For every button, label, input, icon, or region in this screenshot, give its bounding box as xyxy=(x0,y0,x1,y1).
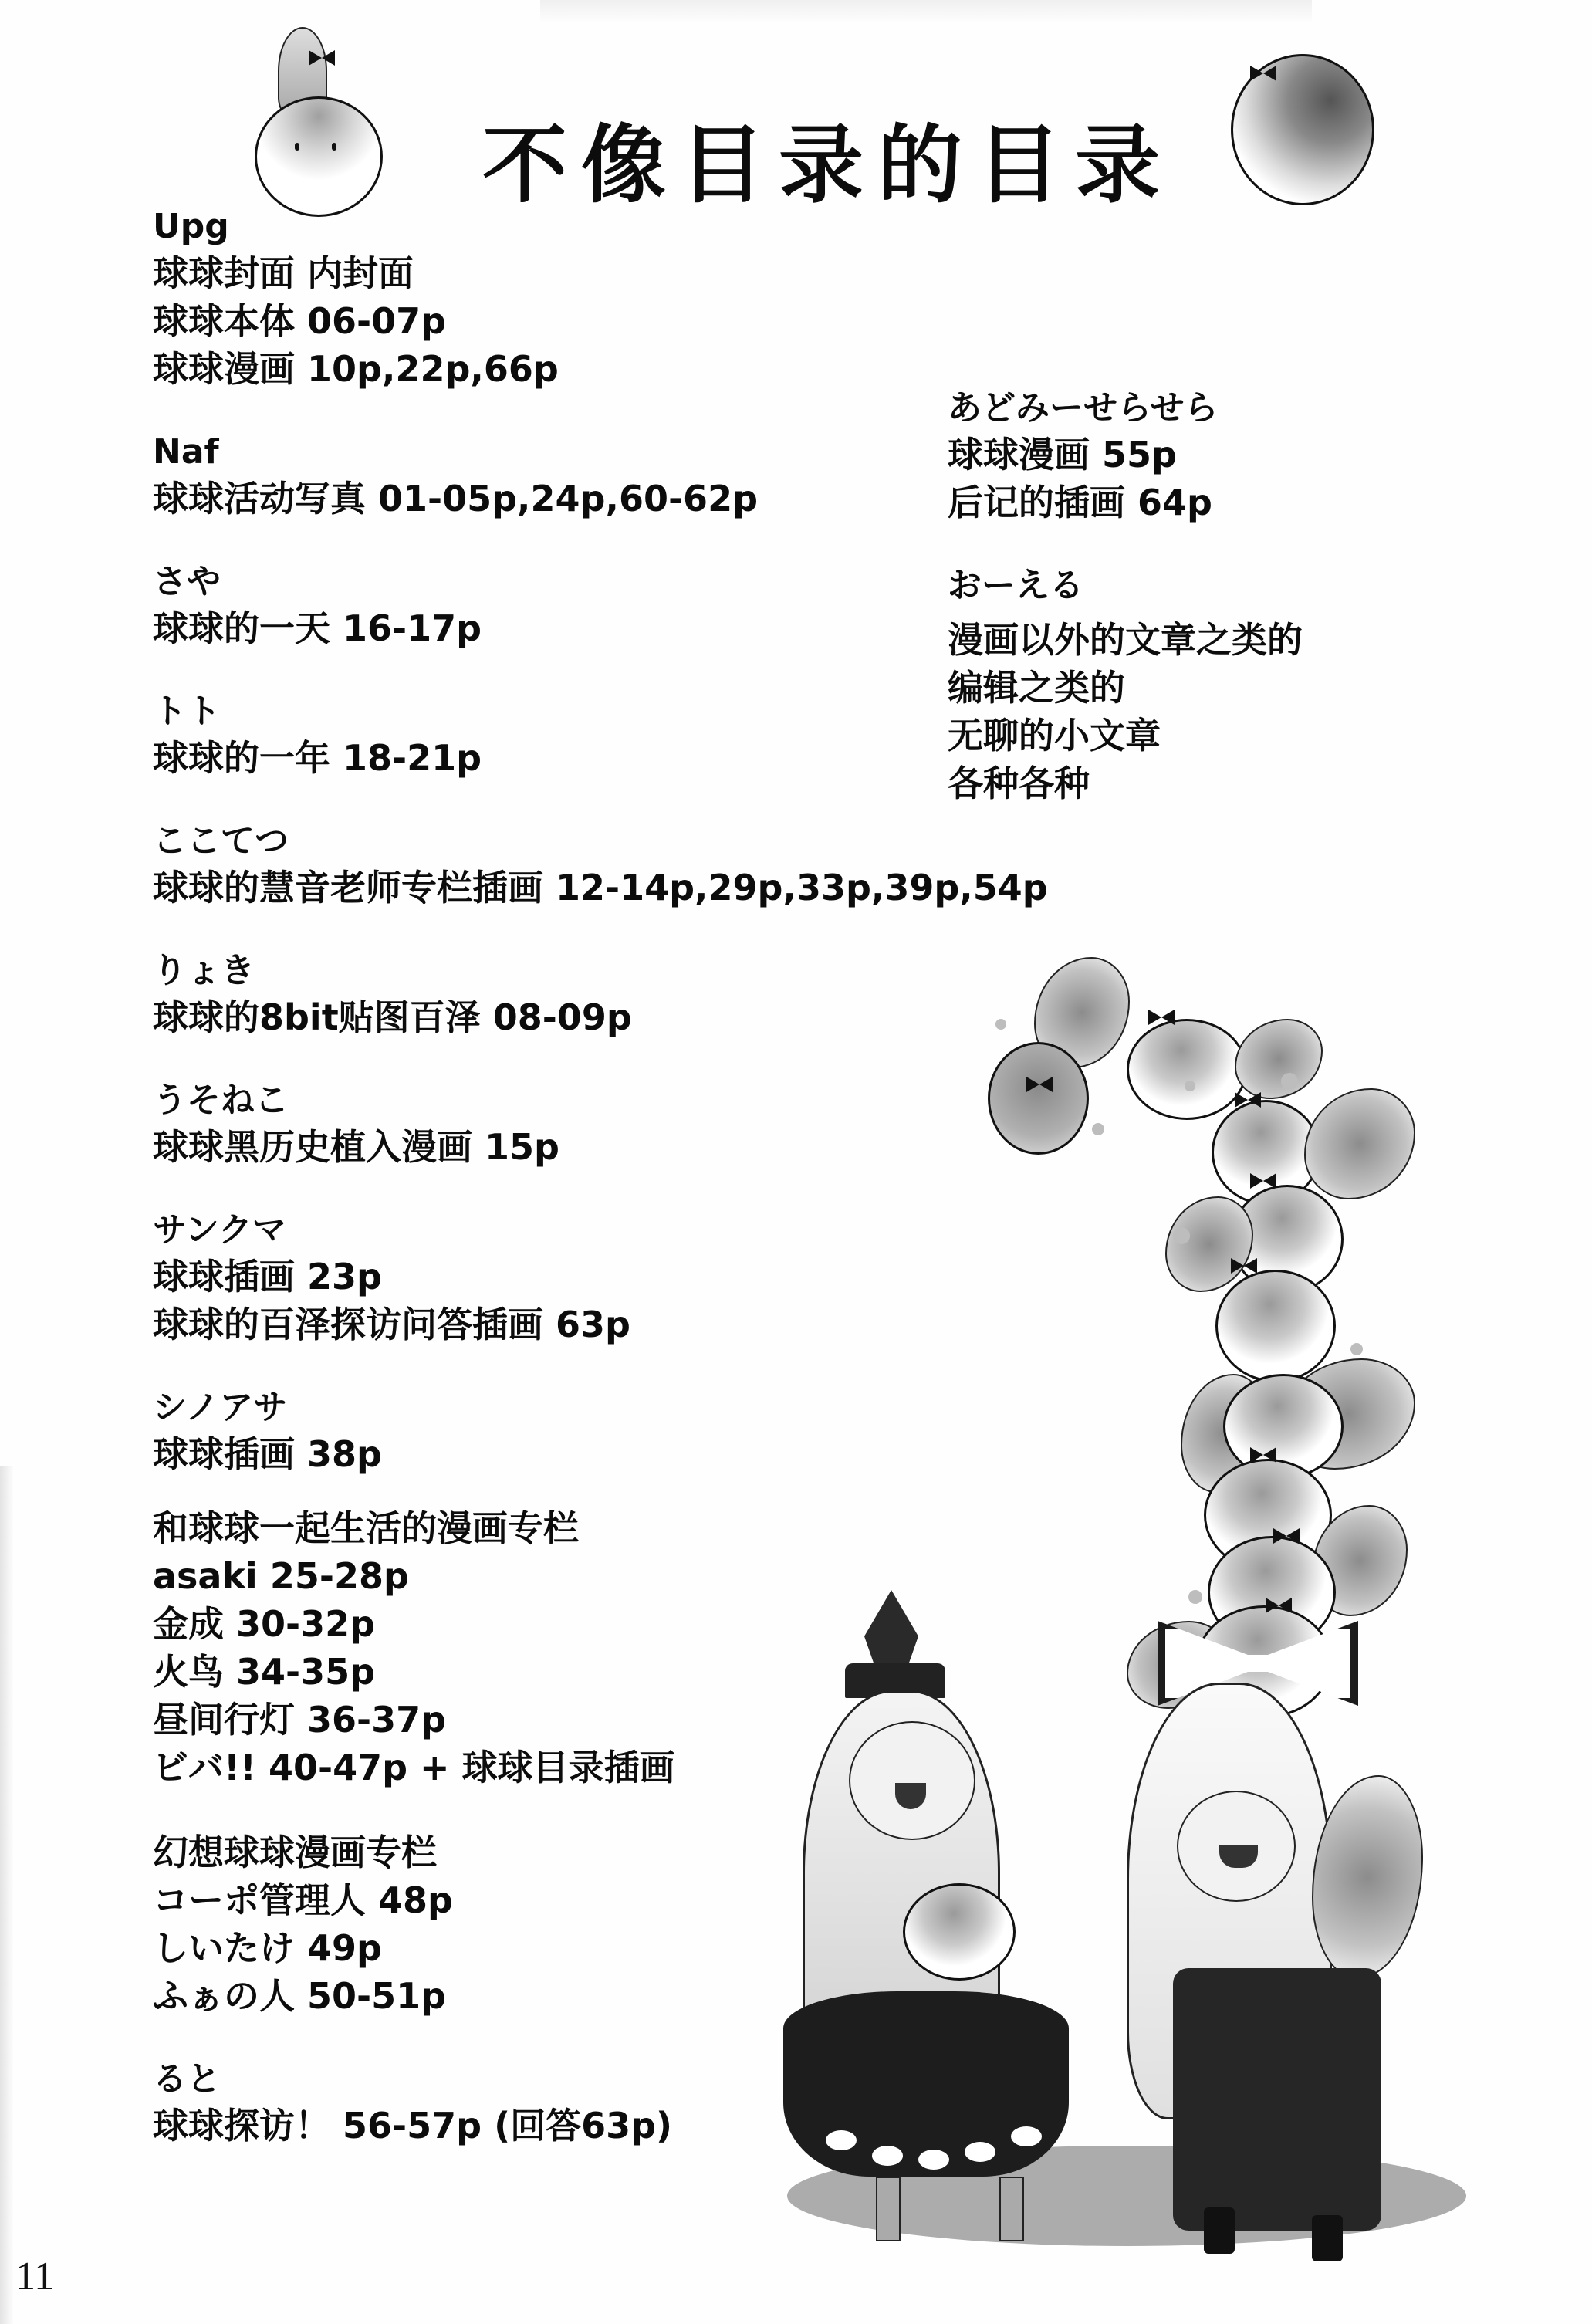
credit-item: 球球活动写真 01-05p,24p,60-62p xyxy=(153,475,1048,523)
credit-section: りょき 球球的8bit贴图百泽 08-09p xyxy=(153,949,1048,1041)
scan-shadow xyxy=(540,0,1312,23)
credit-item: 各种各种 xyxy=(948,759,1303,807)
credit-item: 球球黑历史植入漫画 15p xyxy=(153,1123,1048,1171)
author-name: うそねこ xyxy=(153,1078,1048,1123)
credit-section: ここてつ 球球的慧音老师专栏插画 12-14p,29p,33p,39p,54p xyxy=(153,819,1048,912)
author-name: サンクマ xyxy=(153,1208,1048,1253)
credit-section: Naf 球球活动写真 01-05p,24p,60-62p xyxy=(153,430,1048,523)
author-name: りょき xyxy=(153,949,1048,993)
author-name: Upg xyxy=(153,205,1048,249)
page-number: 11 xyxy=(15,2254,54,2299)
creature-illustration-top-left xyxy=(224,27,417,205)
author-name: ここてつ xyxy=(153,819,1048,864)
author-name: Naf xyxy=(153,430,1048,475)
credit-section: サンクマ 球球插画 23p 球球的百泽探访问答插画 63p xyxy=(153,1208,1048,1348)
credit-item: 球球本体 06-07p xyxy=(153,297,1048,345)
credit-section: うそねこ 球球黑历史植入漫画 15p xyxy=(153,1078,1048,1171)
credit-item: 球球的百泽探访问答插画 63p xyxy=(153,1301,1048,1348)
credit-item: 球球封面 内封面 xyxy=(153,249,1048,297)
document-page: 不像目录的目录 Upg 球球封面 内封面 球球本体 06-07p 球球漫画 10… xyxy=(0,0,1592,2324)
credit-item: 球球的8bit贴图百泽 08-09p xyxy=(153,993,1048,1041)
author-name: トト xyxy=(153,689,1048,734)
credit-item: 球球插画 38p xyxy=(153,1430,1048,1478)
credit-item: 球球的一天 16-17p xyxy=(153,604,1048,652)
hat-icon xyxy=(864,1590,918,1667)
credit-item: 球球漫画 10p,22p,66p xyxy=(153,345,1048,393)
credit-item: 球球插画 23p xyxy=(153,1253,1048,1301)
credit-section: おーえる 漫画以外的文章之类的 编辑之类的 无聊的小文章 各种各种 xyxy=(948,563,1303,807)
credit-section: さや 球球的一天 16-17p xyxy=(153,560,1048,652)
scan-shadow xyxy=(0,1466,14,2324)
credit-item: 漫画以外的文章之类的 xyxy=(948,616,1303,664)
author-name: おーえる xyxy=(948,563,1303,608)
credit-item: 无聊的小文章 xyxy=(948,712,1303,759)
credits-right-column: あどみーせらせら 球球漫画 55p 后记的插画 64p おーえる 漫画以外的文章… xyxy=(948,386,1303,807)
section-heading: 和球球一起生活的漫画专栏 xyxy=(153,1504,1048,1552)
credit-item: 球球的慧音老师专栏插画 12-14p,29p,33p,39p,54p xyxy=(153,864,1048,912)
page-title: 不像目录的目录 xyxy=(482,123,1174,208)
author-name: さや xyxy=(153,560,1048,604)
credit-item: 后记的插画 64p xyxy=(948,479,1303,526)
author-name: あどみーせらせら xyxy=(948,386,1303,431)
credit-section: シノアサ 球球插画 38p xyxy=(153,1385,1048,1478)
credit-item: 球球的一年 18-21p xyxy=(153,734,1048,782)
credit-item: 编辑之类的 xyxy=(948,664,1303,712)
author-name: シノアサ xyxy=(153,1385,1048,1430)
credit-section: Upg 球球封面 内封面 球球本体 06-07p 球球漫画 10p,22p,66… xyxy=(153,205,1048,393)
credit-section: トト 球球的一年 18-21p xyxy=(153,689,1048,782)
chibi-girls-illustration xyxy=(772,1590,1543,2269)
creature-illustration-top-right xyxy=(1223,46,1377,201)
credit-section: あどみーせらせら 球球漫画 55p 后记的插画 64p xyxy=(948,386,1303,526)
credit-item: 球球漫画 55p xyxy=(948,431,1303,479)
